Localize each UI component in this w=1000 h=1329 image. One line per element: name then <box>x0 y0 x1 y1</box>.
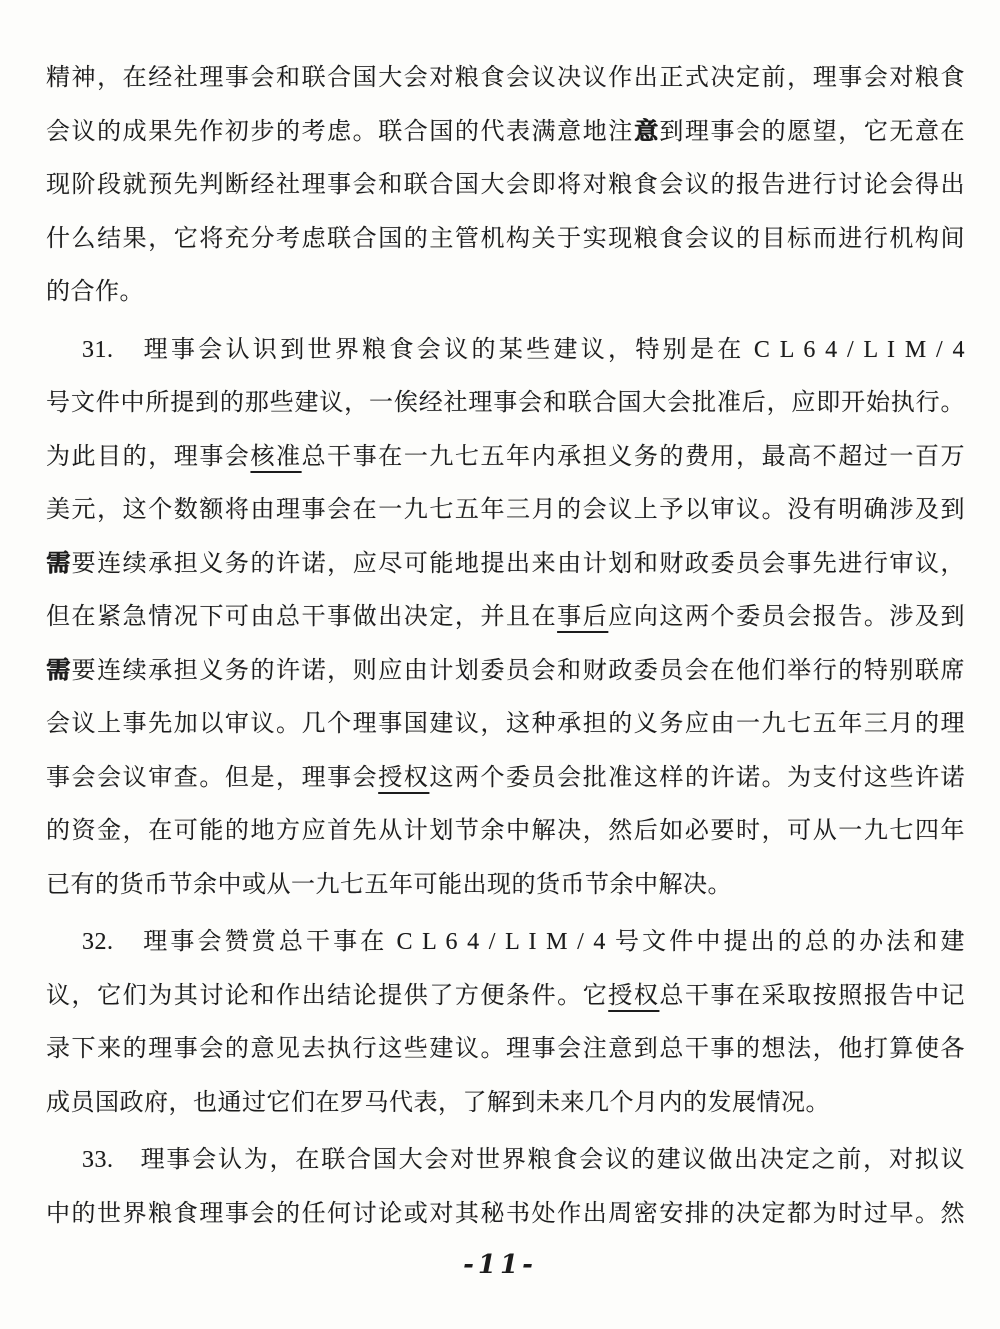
text-line: 需要连续承担义务的许诺，则应由计划委员会和财政委员会在他们举行的特别联席 <box>46 645 965 699</box>
text-line: 中的世界粮食理事会的任何讨论或对其秘书处作出周密安排的决定都为时过早。然 <box>46 1188 965 1242</box>
text-line: 议，它们为其讨论和作出结论提供了方便条件。它授权总干事在采取按照报告中记 <box>46 970 965 1024</box>
text-line: 的合作。 <box>46 266 965 320</box>
text-segment: 的资金，在可能的地方应首先从计划节余中解决，然后如必要时，可从一九七四年 <box>46 818 965 844</box>
text-segment: 32. 理事会赞赏总干事在 C L 6 4 / L I M / 4 号文件中提出… <box>82 929 965 955</box>
text-segment: 但在紧急情况下可由总干事做出决定，并且在 <box>46 604 557 630</box>
text-segment: 应向这两个委员会报告。涉及到 <box>608 604 965 630</box>
text-segment: 精神，在经社理事会和联合国大会对粮食会议决议作出正式决定前，理事会对粮食 <box>46 65 965 91</box>
text-segment: 要连续承担义务的许诺，应尽可能地提出来由计划和财政委员会事先进行审议， <box>72 551 965 577</box>
text-segment: 议，它们为其讨论和作出结论提供了方便条件。它 <box>46 983 608 1009</box>
text-line: 但在紧急情况下可由总干事做出决定，并且在事后应向这两个委员会报告。涉及到 <box>46 591 965 645</box>
text-line: 现阶段就预先判断经社理事会和联合国大会即将对粮食会议的报告进行讨论会得出 <box>46 159 965 213</box>
overstruck-char: 需 <box>46 551 72 577</box>
text-segment: 会议的成果先作初步的考虑。联合国的代表满意地注 <box>46 119 634 145</box>
text-line: 事会会议审查。但是，理事会授权这两个委员会批准这样的许诺。为支付这些许诺 <box>46 752 965 806</box>
text-segment: 录下来的理事会的意见去执行这些建议。理事会注意到总干事的想法，他打算使各 <box>46 1036 965 1062</box>
text-segment: 什么结果，它将充分考虑联合国的主管机构关于实现粮食会议的目标而进行机构间 <box>46 226 965 252</box>
text-segment: 33. 理事会认为，在联合国大会对世界粮食会议的建议做出决定之前，对拟议 <box>82 1147 965 1173</box>
text-segment: 中的世界粮食理事会的任何讨论或对其秘书处作出周密安排的决定都为时过早。然 <box>46 1201 965 1227</box>
overstruck-char: 意 <box>634 119 660 145</box>
text-segment: 为此目的，理事会 <box>46 444 250 470</box>
underlined-term: 授权 <box>378 765 429 791</box>
text-line: 录下来的理事会的意见去执行这些建议。理事会注意到总干事的想法，他打算使各 <box>46 1023 965 1077</box>
text-line: 会议上事先加以审议。几个理事国建议，这种承担的义务应由一九七五年三月的理 <box>46 698 965 752</box>
text-line: 什么结果，它将充分考虑联合国的主管机构关于实现粮食会议的目标而进行机构间 <box>46 213 965 267</box>
text-segment: 到理事会的愿望，它无意在 <box>659 119 965 145</box>
text-line: 31. 理事会认识到世界粮食会议的某些建议，特别是在 C L 6 4 / L I… <box>46 324 965 378</box>
text-segment: 成员国政府，也通过它们在罗马代表，了解到未来几个月内的发展情况。 <box>46 1090 830 1116</box>
text-line: 为此目的，理事会核准总干事在一九七五年内承担义务的费用，最高不超过一百万 <box>46 431 965 485</box>
underlined-term: 核准 <box>250 444 301 470</box>
text-line: 美元，这个数额将由理事会在一九七五年三月的会议上予以审议。没有明确涉及到 <box>46 484 965 538</box>
text-line: 需要连续承担义务的许诺，应尽可能地提出来由计划和财政委员会事先进行审议， <box>46 538 965 592</box>
text-segment: 现阶段就预先判断经社理事会和联合国大会即将对粮食会议的报告进行讨论会得出 <box>46 172 965 198</box>
text-line: 会议的成果先作初步的考虑。联合国的代表满意地注意到理事会的愿望，它无意在 <box>46 106 965 160</box>
overstruck-char: 需 <box>46 658 72 684</box>
page-number: -11- <box>0 1250 1000 1280</box>
text-segment: 会议上事先加以审议。几个理事国建议，这种承担的义务应由一九七五年三月的理 <box>46 711 965 737</box>
underlined-term: 事后 <box>557 604 608 630</box>
text-segment: 要连续承担义务的许诺，则应由计划委员会和财政委员会在他们举行的特别联席 <box>72 658 965 684</box>
text-line: 的资金，在可能的地方应首先从计划节余中解决，然后如必要时，可从一九七四年 <box>46 805 965 859</box>
text-segment: 号文件中所提到的那些建议，一俟经社理事会和联合国大会批准后，应即开始执行。 <box>46 390 965 416</box>
text-line: 已有的货币节余中或从一九七五年可能出现的货币节余中解决。 <box>46 859 965 913</box>
text-segment: 31. 理事会认识到世界粮食会议的某些建议，特别是在 C L 6 4 / L I… <box>82 337 965 363</box>
text-segment: 事会会议审查。但是，理事会 <box>46 765 378 791</box>
text-segment: 已有的货币节余中或从一九七五年可能出现的货币节余中解决。 <box>46 872 732 898</box>
text-line: 成员国政府，也通过它们在罗马代表，了解到未来几个月内的发展情况。 <box>46 1077 965 1131</box>
text-line: 精神，在经社理事会和联合国大会对粮食会议决议作出正式决定前，理事会对粮食 <box>46 52 965 106</box>
text-line: 32. 理事会赞赏总干事在 C L 6 4 / L I M / 4 号文件中提出… <box>46 916 965 970</box>
underlined-term: 授权 <box>608 983 659 1009</box>
text-line: 号文件中所提到的那些建议，一俟经社理事会和联合国大会批准后，应即开始执行。 <box>46 377 965 431</box>
document-page: 精神，在经社理事会和联合国大会对粮食会议决议作出正式决定前，理事会对粮食会议的成… <box>0 0 1000 1329</box>
text-segment: 总干事在一九七五年内承担义务的费用，最高不超过一百万 <box>302 444 965 470</box>
text-segment: 总干事在采取按照报告中记 <box>659 983 965 1009</box>
page-text: 精神，在经社理事会和联合国大会对粮食会议决议作出正式决定前，理事会对粮食会议的成… <box>0 0 1000 1241</box>
text-segment: 这两个委员会批准这样的许诺。为支付这些许诺 <box>429 765 965 791</box>
text-segment: 的合作。 <box>46 279 144 305</box>
text-segment: 美元，这个数额将由理事会在一九七五年三月的会议上予以审议。没有明确涉及到 <box>46 497 965 523</box>
text-line: 33. 理事会认为，在联合国大会对世界粮食会议的建议做出决定之前，对拟议 <box>46 1134 965 1188</box>
